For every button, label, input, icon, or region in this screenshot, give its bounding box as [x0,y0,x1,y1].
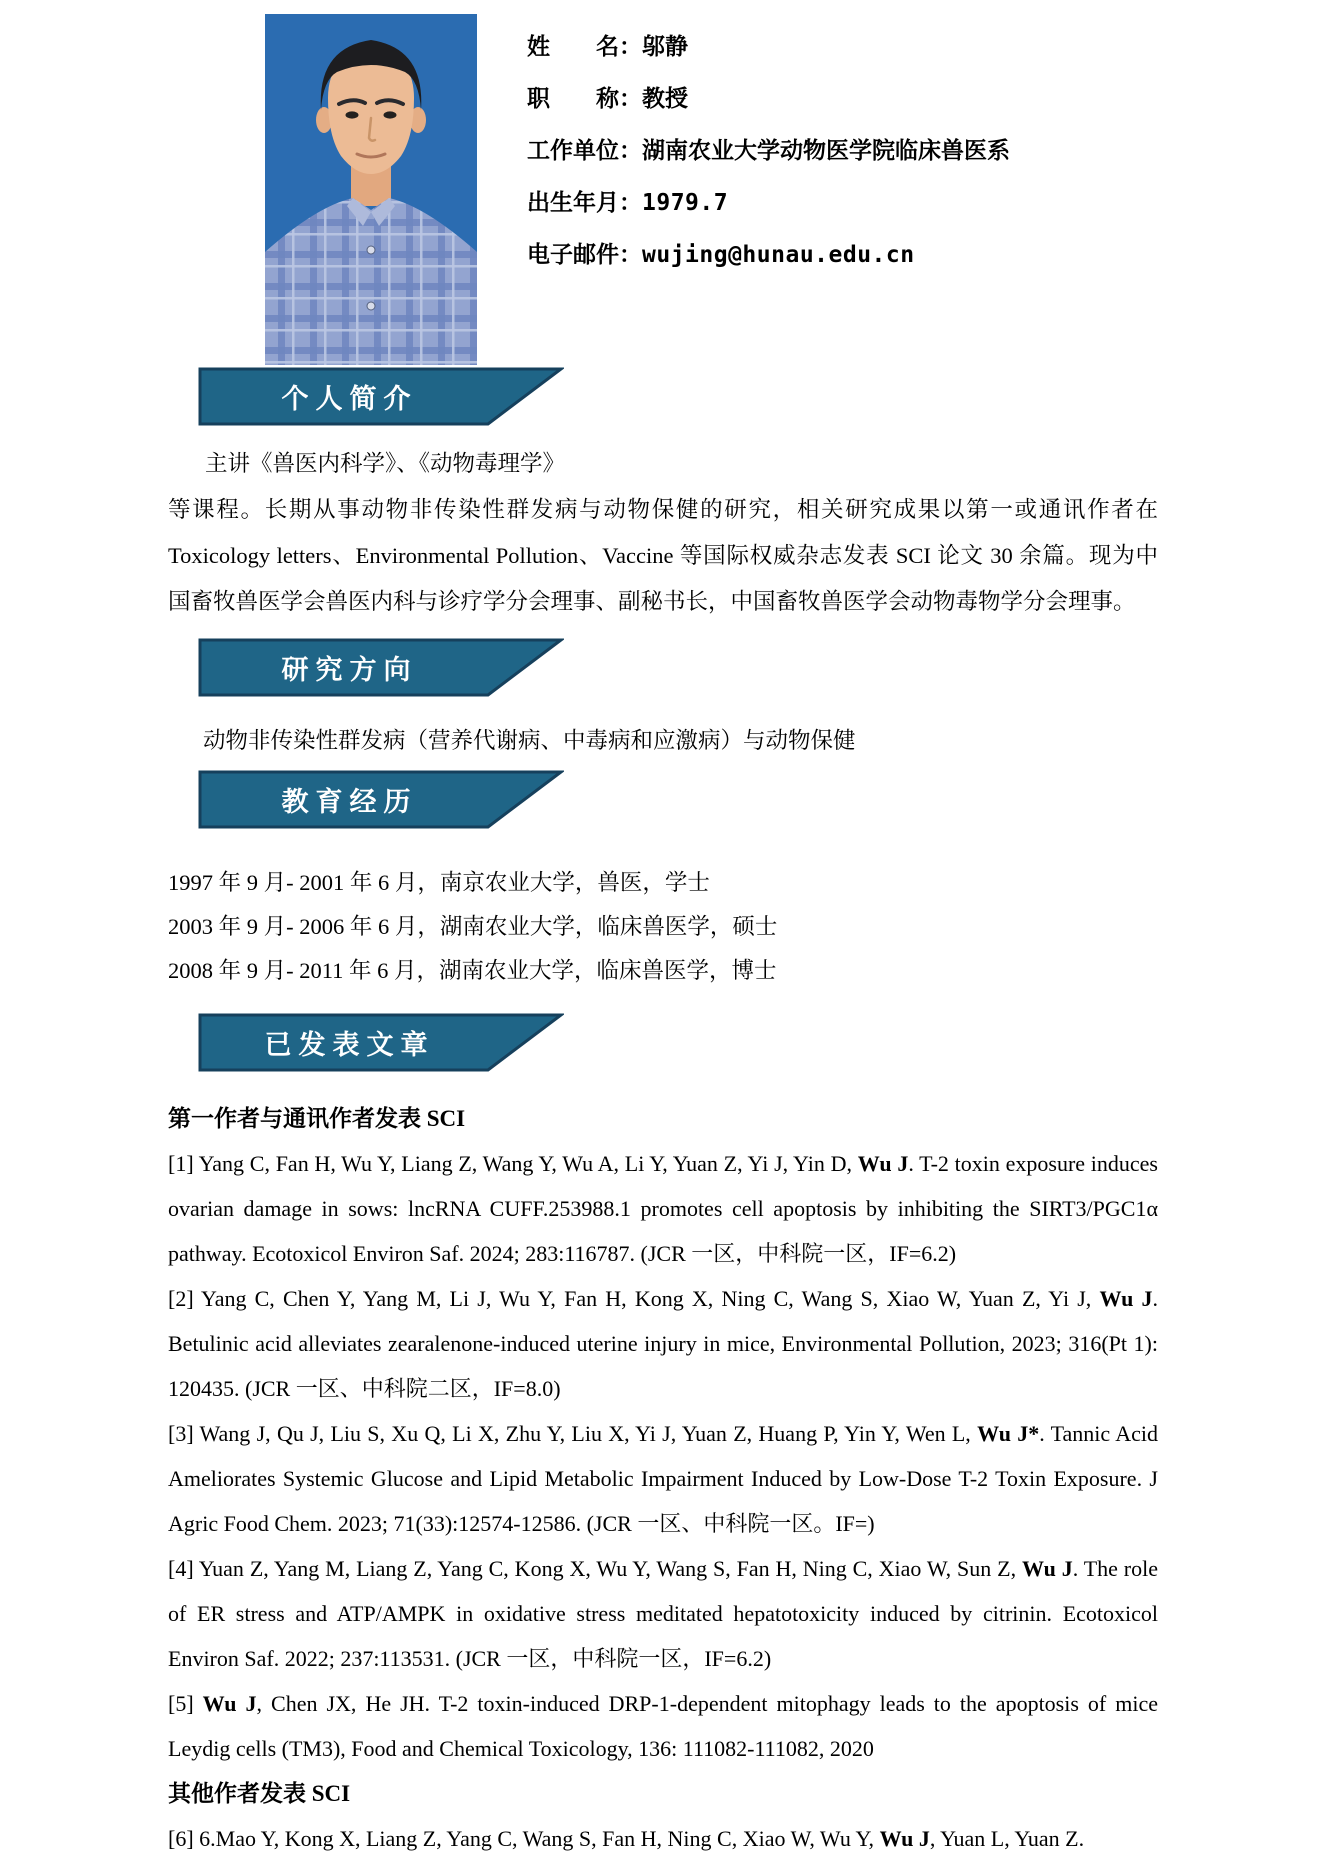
publication-group-heading: 第一作者与通讯作者发表 SCI [168,1096,1158,1141]
publication-group-heading: 其他作者发表 SCI [168,1771,1158,1816]
workunit-label: 工作单位： [527,132,642,165]
info-row-email: 电子邮件： wujing@hunau.edu.cn [527,236,1247,269]
publication-item: [2] Yang C, Chen Y, Yang M, Li J, Wu Y, … [168,1276,1158,1411]
research-text-block: 动物非传染性群发病（营养代谢病、中毒病和应激病）与动物保健 [168,718,1158,764]
workunit-value: 湖南农业大学动物医学院临床兽医系 [642,132,1010,165]
intro-body-text: 等课程。长期从事动物非传染性群发病与动物保健的研究，相关研究成果以第一或通讯作者… [168,487,1158,625]
section-banner-intro: 个人简介 [198,367,564,426]
info-row-birthdate: 出生年月： 1979.7 [527,184,1247,217]
info-row-name: 姓 名： 邬静 [527,28,1247,61]
publication-list: 第一作者与通讯作者发表 SCI[1] Yang C, Fan H, Wu Y, … [168,1096,1158,1861]
basic-info-block: 姓 名： 邬静 职 称： 教授 工作单位： 湖南农业大学动物医学院临床兽医系 出… [527,28,1247,288]
education-item: 2003 年 9 月- 2006 年 6 月，湖南农业大学，临床兽医学，硕士 [168,905,1158,949]
birthdate-label: 出生年月： [527,184,642,217]
publication-item: [1] Yang C, Fan H, Wu Y, Liang Z, Wang Y… [168,1141,1158,1276]
publication-item: [5] Wu J, Chen JX, He JH. T-2 toxin-indu… [168,1681,1158,1771]
profile-document-page: 姓 名： 邬静 职 称： 教授 工作单位： 湖南农业大学动物医学院临床兽医系 出… [0,0,1323,1871]
research-direction-text: 动物非传染性群发病（营养代谢病、中毒病和应激病）与动物保健 [168,718,1158,764]
section-title-publications: 已发表文章 [198,1013,494,1072]
publication-item: [4] Yuan Z, Yang M, Liang Z, Yang C, Kon… [168,1546,1158,1681]
email-value: wujing@hunau.edu.cn [642,242,915,268]
birthdate-value: 1979.7 [642,190,728,216]
title-label: 职 称： [527,80,642,113]
education-item: 2008 年 9 月- 2011 年 6 月，湖南农业大学，临床兽医学，博士 [168,949,1158,993]
section-title-education: 教育经历 [198,770,494,829]
education-item: 1997 年 9 月- 2001 年 6 月，南京农业大学，兽医，学士 [168,861,1158,905]
section-title-research: 研究方向 [198,638,494,697]
title-value: 教授 [642,80,688,113]
email-label: 电子邮件： [527,236,642,269]
section-title-intro: 个人简介 [198,367,494,426]
publication-item: [6] 6.Mao Y, Kong X, Liang Z, Yang C, Wa… [168,1816,1158,1861]
intro-text-block: 主讲《兽医内科学》、《动物毒理学》 等课程。长期从事动物非传染性群发病与动物保健… [168,441,1158,625]
section-banner-publications: 已发表文章 [198,1013,564,1072]
section-banner-research: 研究方向 [198,638,564,697]
info-row-title: 职 称： 教授 [527,80,1247,113]
person-portrait-illustration [265,14,477,365]
name-label: 姓 名： [527,28,642,61]
intro-first-line: 主讲《兽医内科学》、《动物毒理学》 [168,441,1158,487]
publication-item: [3] Wang J, Qu J, Liu S, Xu Q, Li X, Zhu… [168,1411,1158,1546]
info-row-workunit: 工作单位： 湖南农业大学动物医学院临床兽医系 [527,132,1247,165]
section-banner-education: 教育经历 [198,770,564,829]
education-block: 1997 年 9 月- 2001 年 6 月，南京农业大学，兽医，学士 2003… [168,861,1158,993]
name-value: 邬静 [642,28,688,61]
profile-photo [265,14,477,365]
